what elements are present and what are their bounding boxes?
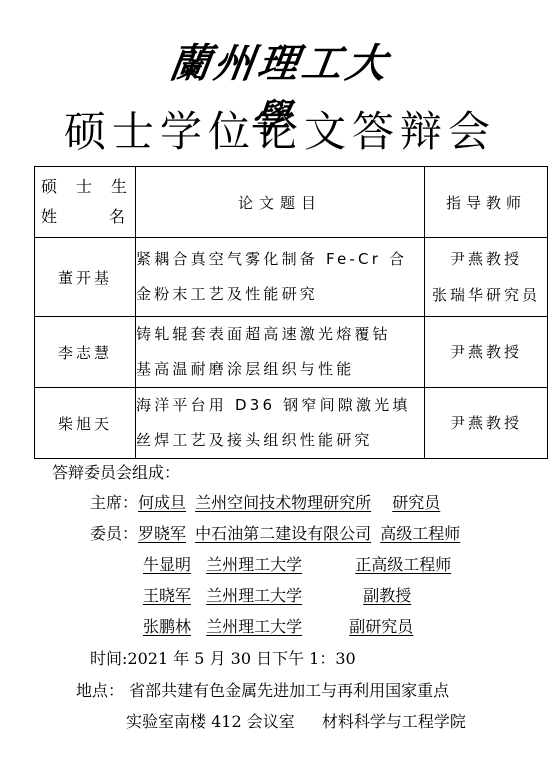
- column-header-student-name: 硕 士 生 姓 名: [35, 167, 136, 238]
- table-row: 李志慧 铸轧辊套表面超高速激光熔覆钴 基高温耐磨涂层组织与性能 尹燕教授: [35, 317, 548, 388]
- advisor-name: 尹燕教授: [425, 241, 547, 277]
- page-title: 硕士学位论文答辩会: [60, 102, 500, 162]
- location-line-2: 实验室南楼 412 会议室 材料科学与工程学院: [126, 709, 466, 735]
- member-name: 罗晓军: [138, 524, 186, 543]
- member-name: 张鹏林: [143, 617, 191, 636]
- advisor: 尹燕教授: [425, 317, 548, 388]
- table-row: 柴旭天 海洋平台用 D36 钢窄间隙激光填 丝焊工艺及接头组织性能研究 尹燕教授: [35, 388, 548, 459]
- committee-heading: 答辩委员会组成：: [52, 460, 180, 486]
- thesis-title: 海洋平台用 D36 钢窄间隙激光填 丝焊工艺及接头组织性能研究: [136, 388, 425, 459]
- thesis-title-line: 海洋平台用 D36 钢窄间隙激光填: [136, 388, 424, 423]
- committee-member-line: 委员：罗晓军 中石油第二建设有限公司 高级工程师: [90, 521, 460, 547]
- member-title: 正高级工程师: [355, 555, 451, 574]
- advisor: 尹燕教授 张瑞华研究员: [425, 238, 548, 317]
- thesis-title-line: 金粉末工艺及性能研究: [136, 277, 424, 312]
- member-org: 兰州理工大学: [206, 552, 332, 578]
- thesis-title: 铸轧辊套表面超高速激光熔覆钴 基高温耐磨涂层组织与性能: [136, 317, 425, 388]
- time-line: 时间:2021 年 5 月 30 日下午 1：30: [90, 646, 356, 672]
- committee-member-line: 张鹏林 兰州理工大学 副研究员: [143, 614, 413, 640]
- chair-title: 研究员: [392, 493, 440, 512]
- location-line: 地点： 省部共建有色金属先进加工与再利用国家重点: [76, 678, 449, 704]
- header-char: 生: [111, 172, 127, 202]
- advisor: 尹燕教授: [425, 388, 548, 459]
- committee-chair-line: 主席：何成旦 兰州空间技术物理研究所 研究员: [90, 490, 440, 516]
- time-label: 时间:: [90, 649, 127, 668]
- defense-schedule-table: 硕 士 生 姓 名 论文题目 指导教师 董开基 紧耦合真空气雾化制备 Fe-Cr…: [34, 166, 548, 459]
- header-char: 姓: [41, 202, 57, 232]
- student-name: 董开基: [35, 238, 136, 317]
- member-org: 兰州理工大学: [206, 583, 332, 609]
- committee-member-line: 牛显明 兰州理工大学 正高级工程师: [143, 552, 451, 578]
- chair-name: 何成旦: [138, 493, 186, 512]
- chair-label: 主席：: [90, 493, 138, 512]
- member-title: 副教授: [363, 586, 411, 605]
- chair-org: 兰州空间技术物理研究所: [195, 493, 371, 512]
- column-header-advisor: 指导教师: [425, 167, 548, 238]
- member-org: 兰州理工大学: [206, 617, 302, 636]
- header-char: 士: [76, 172, 92, 202]
- members-label: 委员：: [90, 524, 138, 543]
- member-name: 王晓军: [143, 586, 191, 605]
- thesis-title-line: 丝焊工艺及接头组织性能研究: [136, 423, 424, 458]
- member-title: 高级工程师: [380, 524, 460, 543]
- member-org: 中石油第二建设有限公司: [195, 524, 371, 543]
- university-logo: 蘭州理工大學: [156, 36, 404, 92]
- advisor-name: 尹燕教授: [425, 334, 547, 370]
- advisor-name: 尹燕教授: [425, 405, 547, 441]
- thesis-title-line: 铸轧辊套表面超高速激光熔覆钴: [136, 317, 424, 352]
- thesis-title-line: 紧耦合真空气雾化制备 Fe-Cr 合: [136, 242, 424, 277]
- table-row: 董开基 紧耦合真空气雾化制备 Fe-Cr 合 金粉末工艺及性能研究 尹燕教授 张…: [35, 238, 548, 317]
- table-header-row: 硕 士 生 姓 名 论文题目 指导教师: [35, 167, 548, 238]
- location-school: 材料科学与工程学院: [322, 712, 466, 731]
- location-label: 地点：: [76, 681, 124, 700]
- member-title: 副研究员: [349, 617, 413, 636]
- thesis-title: 紧耦合真空气雾化制备 Fe-Cr 合 金粉末工艺及性能研究: [136, 238, 425, 317]
- time-value: 2021 年 5 月 30 日下午 1：30: [127, 649, 355, 668]
- column-header-thesis-title: 论文题目: [136, 167, 425, 238]
- thesis-title-line: 基高温耐磨涂层组织与性能: [136, 352, 424, 387]
- student-name: 李志慧: [35, 317, 136, 388]
- advisor-name: 张瑞华研究员: [425, 277, 547, 313]
- location-value: 省部共建有色金属先进加工与再利用国家重点: [129, 681, 449, 700]
- committee-member-line: 王晓军 兰州理工大学 副教授: [143, 583, 411, 609]
- header-char: 名: [109, 202, 125, 232]
- location-room: 实验室南楼 412 会议室: [126, 712, 295, 731]
- header-char: 硕: [41, 172, 57, 202]
- member-name: 牛显明: [143, 555, 191, 574]
- student-name: 柴旭天: [35, 388, 136, 459]
